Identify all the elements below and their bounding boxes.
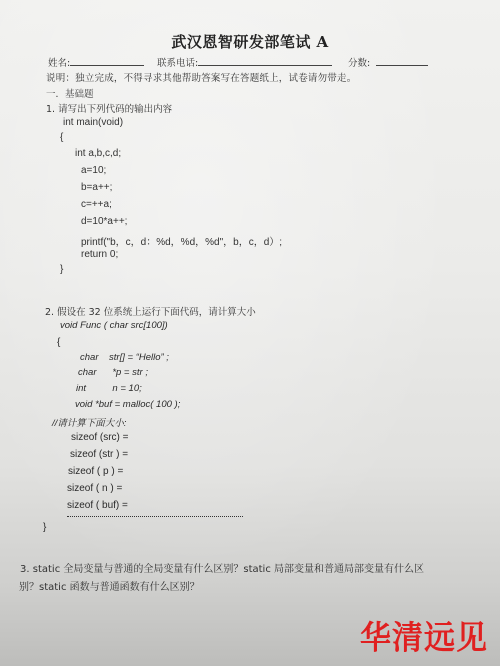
question-number: 2. <box>45 307 54 318</box>
code-line: sizeof (src) = <box>71 432 129 443</box>
code-line: return 0; <box>81 249 118 260</box>
score-label: 分数: <box>348 58 370 69</box>
score-field: 分数: <box>348 55 428 69</box>
code-line: printf("b，c，d：%d，%d，%d"，b，c，d）; <box>81 233 282 248</box>
instructions: 说明：独立完成，不得寻求其他帮助答案写在答题纸上，试卷请勿带走。 <box>46 70 356 84</box>
code-line: sizeof ( n ) = <box>67 483 122 494</box>
code-line: c=++a; <box>81 199 112 210</box>
question-text: 请写出下列代码的输出内容 <box>58 104 172 115</box>
code-line: d=10*a++; <box>81 216 127 227</box>
phone-label: 联系电话: <box>157 58 198 69</box>
score-blank[interactable] <box>376 57 428 66</box>
code-line: } <box>60 264 63 275</box>
question-1-prompt: 1. 请写出下列代码的输出内容 <box>46 101 172 115</box>
section-heading: 一．基础题 <box>46 86 94 100</box>
code-comment: //请计算下面大小: <box>52 415 126 429</box>
phone-blank[interactable] <box>198 57 332 66</box>
code-line: char str[] = “Hello” ; <box>80 352 169 363</box>
code-line: int main(void) <box>63 117 123 128</box>
code-line: void Func ( char src[100]) <box>60 320 168 331</box>
name-label: 姓名: <box>48 58 70 69</box>
exam-title: 武汉恩智研发部笔试 A <box>0 31 500 52</box>
watermark-logo: 华清远见 <box>360 611 488 658</box>
code-line: sizeof ( p ) = <box>68 466 123 477</box>
code-line: { <box>60 132 63 143</box>
code-line: sizeof (str ) = <box>70 449 128 460</box>
code-line: { <box>57 337 60 348</box>
phone-field: 联系电话: <box>157 55 332 69</box>
code-line: void *buf = malloc( 100 ); <box>75 399 180 410</box>
code-line: int n = 10; <box>76 383 142 394</box>
code-line: } <box>43 522 46 533</box>
question-text: 假设在 32 位系统上运行下面代码，请计算大小 <box>57 307 256 318</box>
code-line: char *p = str ; <box>78 367 148 378</box>
question-text-line1: static 全局变量与普通的全局变量有什么区别？static 局部变量和普通局… <box>33 564 424 575</box>
question-number: 1. <box>46 104 55 115</box>
code-line: int a,b,c,d; <box>75 148 121 159</box>
dotted-separator <box>67 515 243 517</box>
question-3-prompt: 3. static 全局变量与普通的全局变量有什么区别？static 局部变量和… <box>20 560 424 575</box>
code-line: b=a++; <box>81 182 112 193</box>
question-2-prompt: 2. 假设在 32 位系统上运行下面代码，请计算大小 <box>45 304 256 318</box>
question-3-prompt-line2: 别？static 函数与普通函数有什么区别？ <box>19 578 200 593</box>
code-line: a=10; <box>81 165 106 176</box>
name-field: 姓名: <box>48 55 144 69</box>
code-line: sizeof ( buf) = <box>67 500 128 511</box>
name-blank[interactable] <box>70 57 144 66</box>
question-number: 3. <box>20 564 30 575</box>
